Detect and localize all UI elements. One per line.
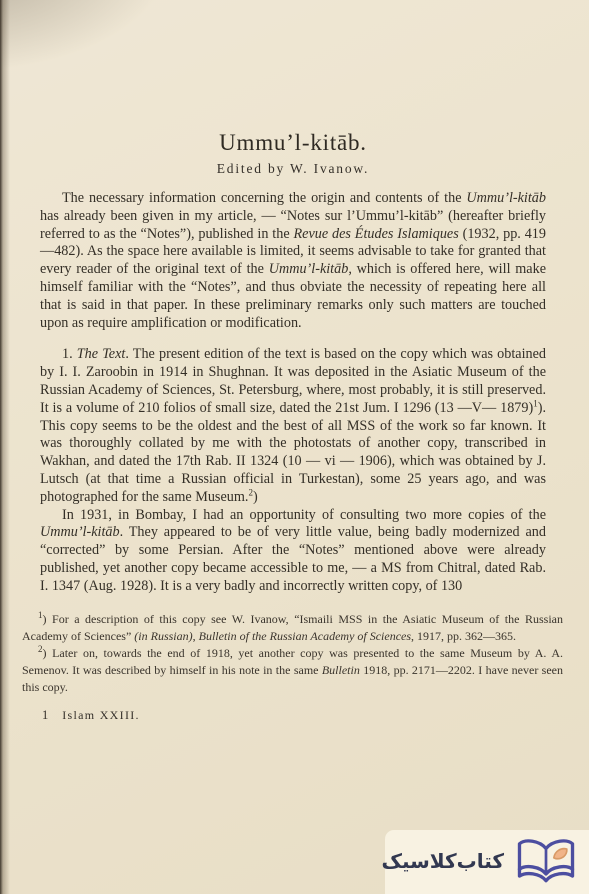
publisher-name: کتاب‌کلاسیک xyxy=(381,849,504,875)
footnotes-block: 1) For a description of this copy see W.… xyxy=(22,611,563,697)
gathering-number: 1 xyxy=(42,708,48,722)
scanned-page: Ummu’l-kitāb. Edited by W. Ivanow. The n… xyxy=(0,0,589,894)
paragraph-intro: The necessary information concerning the… xyxy=(40,190,546,332)
page-title: Ummu’l-kitāb. xyxy=(40,130,546,156)
paragraph-the-text: 1. The Text. The present edition of the … xyxy=(40,346,546,506)
signature-title: Islam XXIII. xyxy=(62,708,140,722)
footnote-1: 1) For a description of this copy see W.… xyxy=(22,611,563,645)
page-subtitle: Edited by W. Ivanow. xyxy=(40,161,546,177)
open-book-logo-icon xyxy=(511,836,581,888)
page-content: Ummu’l-kitāb. Edited by W. Ivanow. The n… xyxy=(40,0,546,723)
paragraph-bombay-copies: In 1931, in Bombay, I had an opportunity… xyxy=(40,507,546,596)
footnote-2: 2) Later on, towards the end of 1918, ye… xyxy=(22,645,563,697)
signature-line: 1Islam XXIII. xyxy=(40,708,546,723)
leaf-icon xyxy=(554,849,567,859)
publisher-watermark: کتاب‌کلاسیک xyxy=(385,830,589,894)
